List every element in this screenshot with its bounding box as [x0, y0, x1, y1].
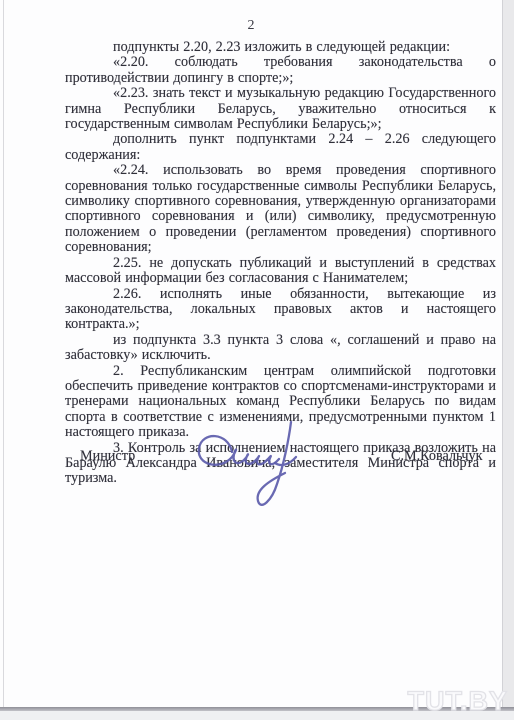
watermark: TUT.BY — [408, 686, 509, 717]
scanned-page-viewer: 2 подпункты 2.20, 2.23 изложить в следую… — [0, 0, 514, 720]
page-left-edge — [3, 0, 4, 708]
signature-image — [190, 418, 328, 516]
paragraph: 2.26. исполнять иные обязанности, вытека… — [65, 287, 496, 333]
scan-background-right — [502, 0, 514, 720]
signatory-title: Министр — [80, 448, 135, 465]
paragraph: дополнить пункт подпунктами 2.24 – 2.26 … — [65, 132, 496, 163]
page-number: 2 — [0, 18, 502, 34]
paragraph: «2.23. знать текст и музыкальную редакци… — [65, 86, 496, 132]
paragraph: «2.24. использовать во время проведения … — [65, 163, 496, 255]
signatory-name: С.М.Ковальчук — [391, 448, 483, 465]
paragraph: 2.25. не допускать публикаций и выступле… — [65, 256, 496, 287]
signature-stroke — [199, 436, 279, 465]
paragraph: из подпункта 3.3 пункта 3 слова «, согла… — [65, 333, 496, 364]
paragraph: «2.20. соблюдать требования законодатель… — [65, 55, 496, 86]
paragraph: подпункты 2.20, 2.23 изложить в следующе… — [65, 40, 496, 55]
